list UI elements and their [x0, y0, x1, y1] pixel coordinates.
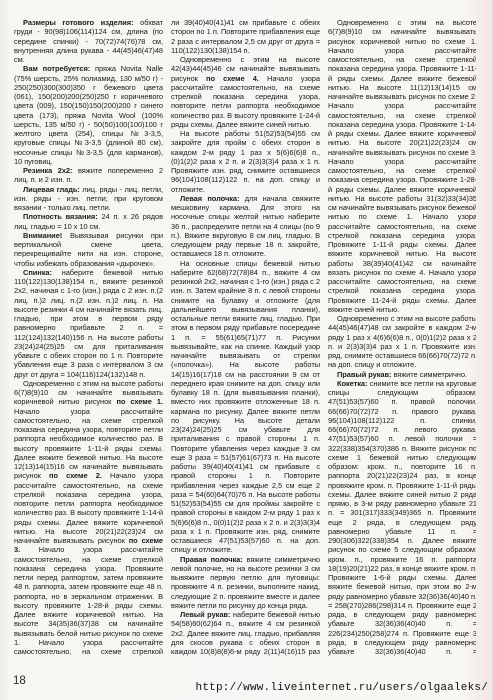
- paragraph: Одновременно с этим на высоте 6(7)8(9)10…: [328, 18, 476, 314]
- bold-lead-text: Левая полочка:: [180, 194, 239, 203]
- paragraph: Кокетка: снимите все петли на круговые с…: [328, 379, 476, 656]
- paragraph: Спинка: наберите бежевой нитью 110(122)1…: [14, 268, 163, 379]
- paragraph: Вам потребуется: пряжа Novita Nalle (75%…: [14, 64, 163, 166]
- body-text: для начала свяжите мешковину кармана. Дл…: [171, 194, 320, 259]
- text-column: ли 39(40)40(41)41 см прибавьте с обеих с…: [171, 18, 320, 656]
- bold-lead-text: Кокетка:: [337, 379, 367, 388]
- body-text: наберите бежевой нитью 110(122)130(138)1…: [14, 268, 163, 379]
- body-text: снимите все петли на круговые спицы след…: [328, 379, 476, 656]
- scanned-pattern-page: Размеры готового изделия: обхват груди -…: [0, 0, 493, 700]
- paragraph: На основные спицы бежевой нитью наберите…: [171, 259, 320, 555]
- body-text: На высоте работы 51(52)53(54)55 см закро…: [171, 129, 320, 194]
- paragraph: Одновременно с этим на высоте 42(43)44(4…: [171, 55, 320, 129]
- paragraph: Резинка 2х2: вяжите попеременно 2 лиц. п…: [14, 166, 163, 185]
- body-text: Начало узора рассчитайте самостоятельно,…: [171, 74, 320, 129]
- bold-lead-text: Лицевая гладь:: [23, 185, 80, 194]
- body-text: Начало узора рассчитайте самостоятельно,…: [14, 471, 163, 545]
- bold-lead-text: по схеме 1.: [116, 397, 163, 406]
- paragraph: Одновременно с этим на высоте работы 44(…: [328, 314, 476, 370]
- body-text: вяжите симметрично.: [391, 370, 467, 379]
- bold-lead-text: Внимание!: [23, 231, 62, 240]
- bold-lead-text: Правая полочка:: [180, 555, 243, 564]
- body-text: вяжите симметрично левой полочке, но на …: [171, 555, 320, 610]
- paragraph: Левый рукав: наберите бежевой нитью 54(5…: [171, 610, 320, 656]
- paragraph: Внимание! Вывязывая рисунки при вертикал…: [14, 231, 163, 268]
- paragraph: Размеры готового изделия: обхват груди -…: [14, 18, 163, 64]
- text-column: Одновременно с этим на высоте 6(7)8(9)10…: [328, 18, 476, 656]
- paragraph: На высоте работы 51(52)53(54)55 см закро…: [171, 129, 320, 194]
- paragraph: Правый рукав: вяжите симметрично.: [328, 370, 476, 379]
- bold-lead-text: по схеме 4.: [206, 74, 259, 83]
- paragraph: Плотность вязания: 24 п. х 26 рядов лиц.…: [14, 212, 163, 231]
- bold-lead-text: Размеры готового изделия:: [23, 18, 134, 27]
- body-text: Одновременно с этим на высоте работы 44(…: [328, 314, 476, 369]
- bold-lead-text: Плотность вязания:: [23, 212, 98, 221]
- paragraph: Левая полочка: для начала свяжите мешков…: [171, 194, 320, 259]
- bold-lead-text: Спинка:: [23, 268, 52, 277]
- bold-lead-text: Правый рукав:: [337, 370, 391, 379]
- paragraph: ли 39(40)40(41)41 см прибавьте с обеих с…: [171, 18, 320, 55]
- paragraph: Одновременно с этим на высоте работы 6(7…: [14, 379, 163, 656]
- body-text: пряжа Novita Nalle (75% шерсть, 25% поли…: [14, 64, 163, 166]
- source-url: http://www.liveinternet.ru/users/olgaale…: [196, 682, 488, 694]
- page-number: 18: [13, 675, 26, 687]
- bold-lead-text: Вам потребуется:: [23, 64, 90, 73]
- bold-lead-text: Левый рукав:: [180, 610, 230, 619]
- paragraph: Лицевая гладь: лиц. ряды - лиц. петли, и…: [14, 185, 163, 213]
- bold-lead-text: по схеме 2.: [49, 471, 102, 480]
- text-column: Размеры готового изделия: обхват груди -…: [14, 18, 163, 656]
- paragraph: Правая полочка: вяжите симметрично левой…: [171, 555, 320, 611]
- body-text: Начало узора рассчитайте самостоятельно,…: [14, 545, 163, 656]
- body-text: Начало узора рассчитайте самостоятельно,…: [14, 407, 163, 481]
- body-text: ли 39(40)40(41)41 см прибавьте с обеих с…: [171, 18, 320, 55]
- text-columns: Размеры готового изделия: обхват груди -…: [14, 18, 476, 656]
- body-text: Одновременно с этим на высоте 6(7)8(9)10…: [328, 18, 476, 314]
- bold-lead-text: Резинка 2х2:: [23, 166, 72, 175]
- body-text: На основные спицы бежевой нитью наберите…: [171, 259, 320, 555]
